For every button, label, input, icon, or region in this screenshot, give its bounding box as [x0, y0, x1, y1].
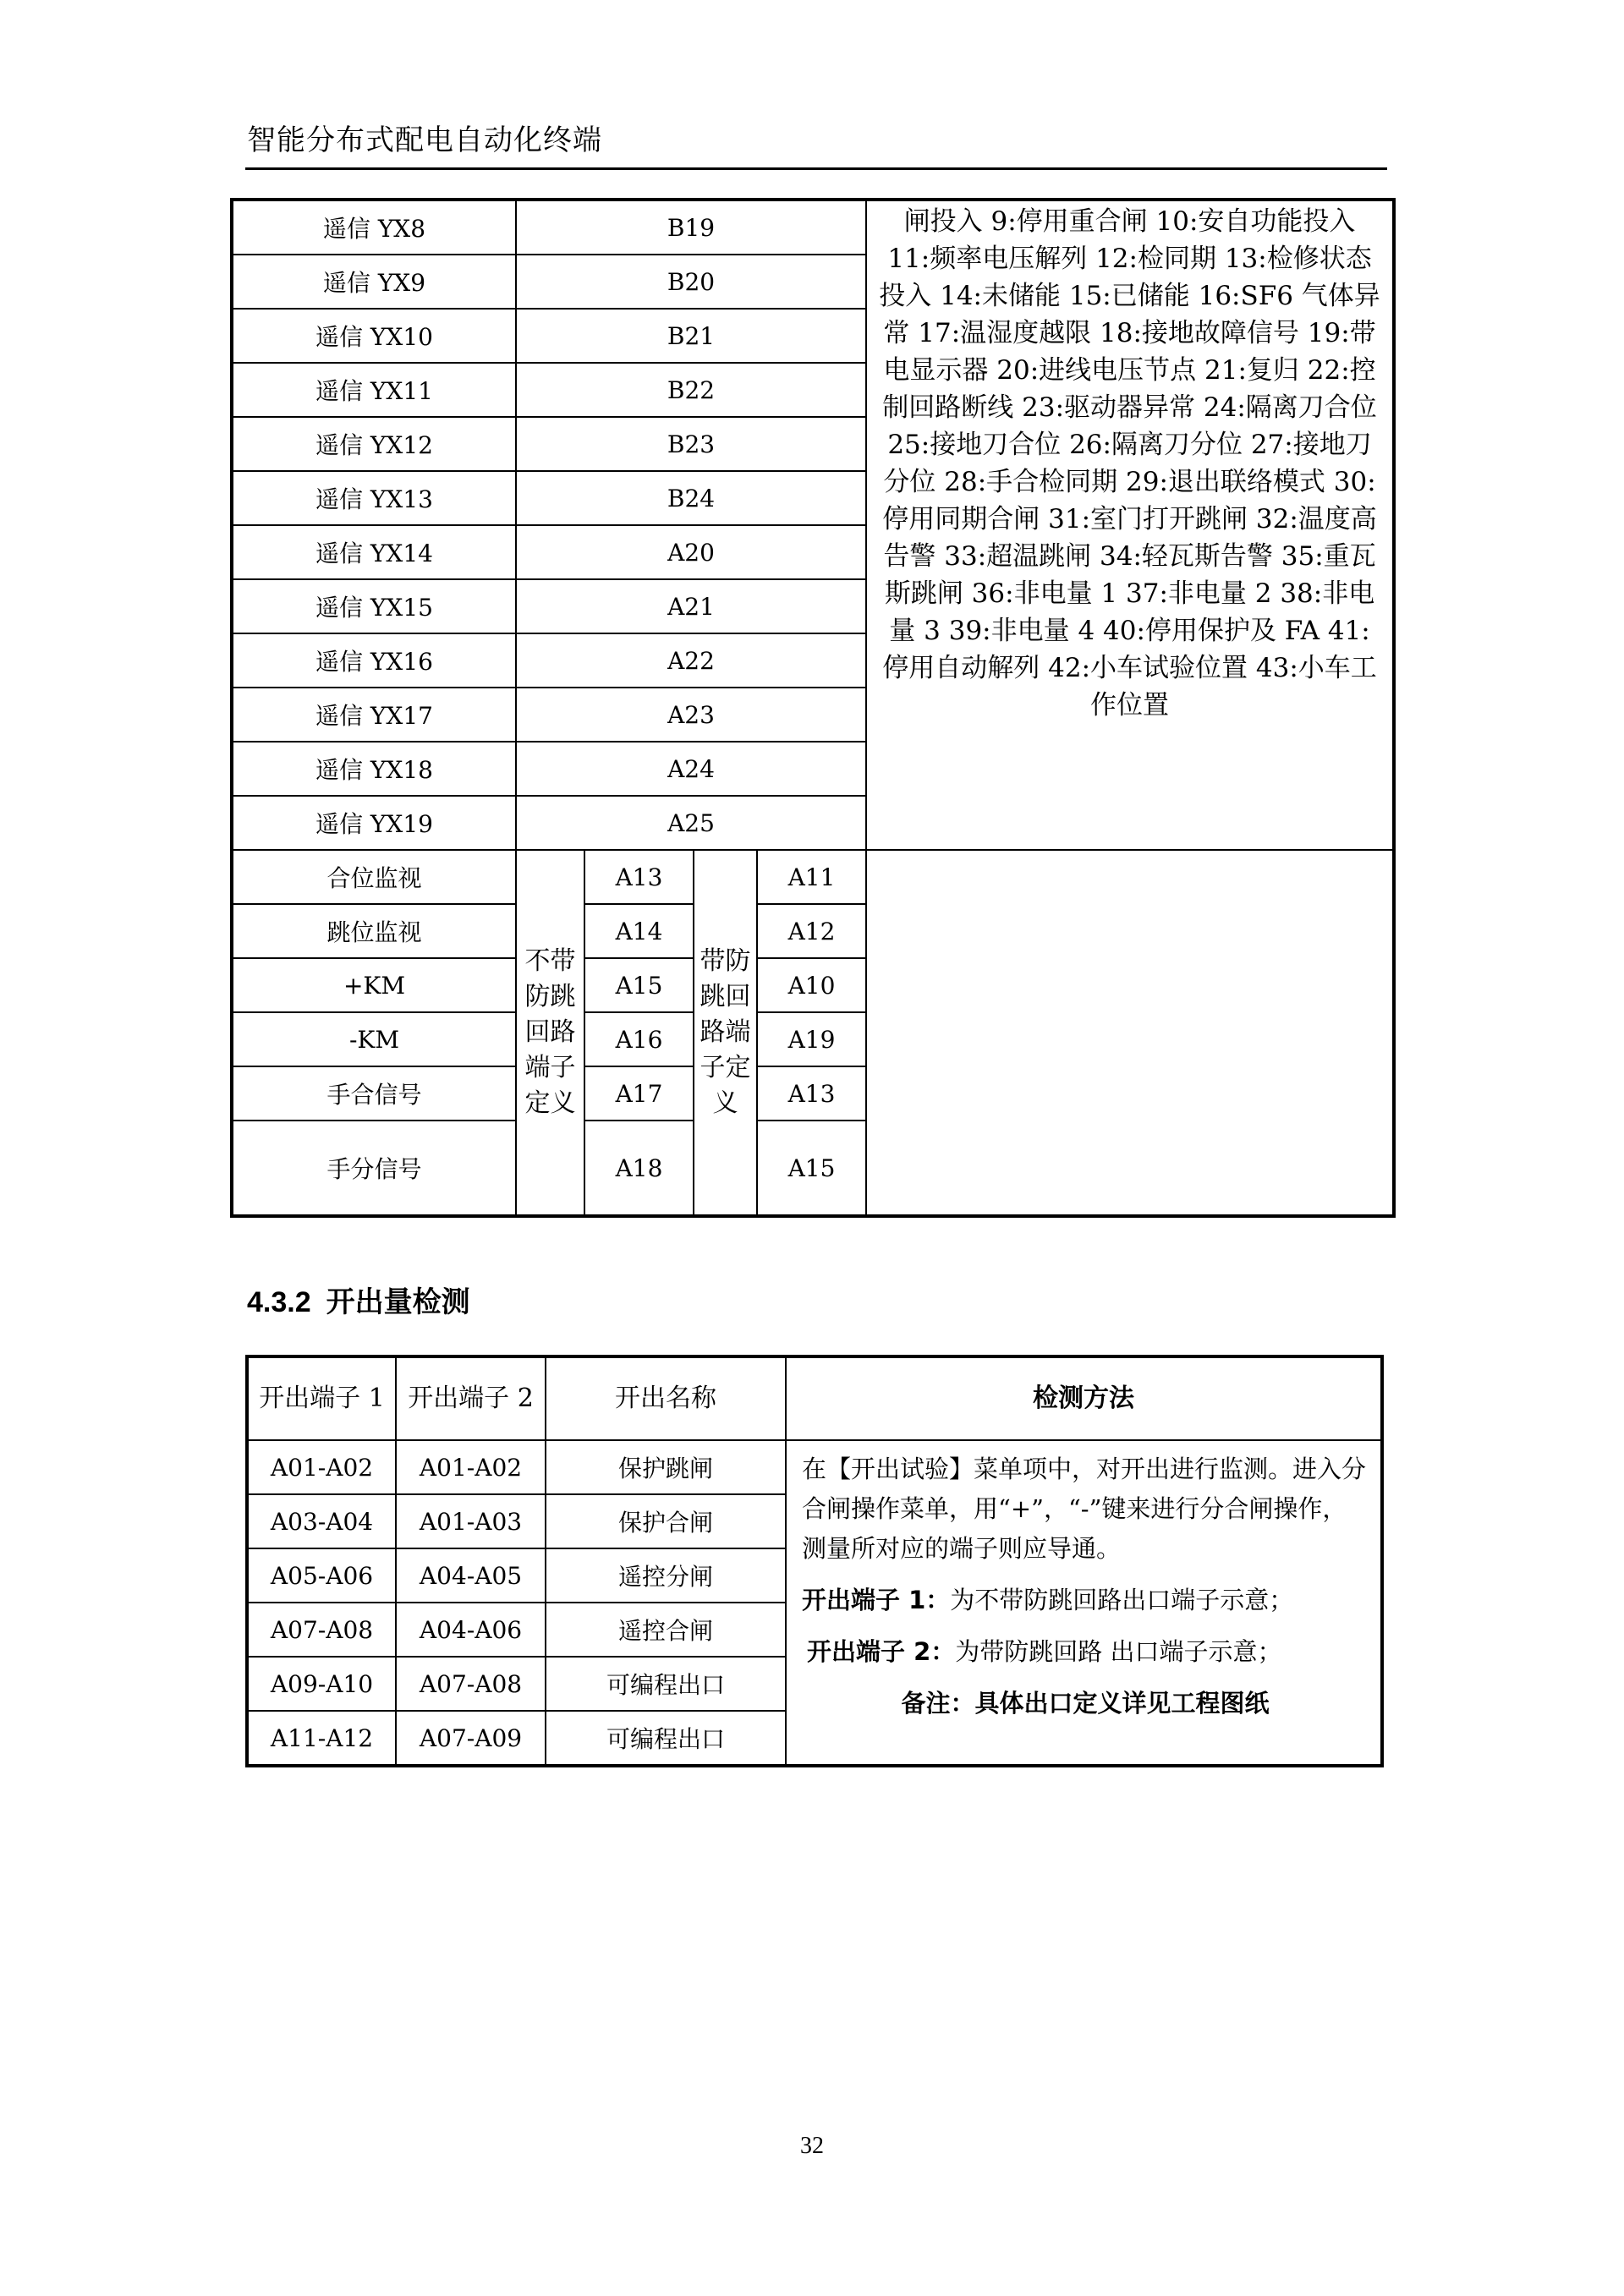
terminal-1-cell: A01-A02 [247, 1440, 396, 1494]
signal-name-cell: 遥信 YX14 [232, 525, 516, 579]
column-header-output-name: 开出名称 [546, 1356, 786, 1440]
remark-note: 备注：具体出口定义详见工程图纸 [802, 1684, 1369, 1723]
signal-name-cell: 遥信 YX13 [232, 471, 516, 525]
signal-name-cell: 遥信 YX19 [232, 796, 516, 850]
signal-name-cell: 遥信 YX8 [232, 200, 516, 255]
terminal-cell: B20 [516, 255, 866, 309]
antijump-terminal-cell: A10 [757, 958, 866, 1012]
antijump-terminal-cell: A13 [757, 1066, 866, 1121]
terminal-1-label: 开出端子 1： [802, 1586, 950, 1614]
signal-name-cell: 遥信 YX12 [232, 417, 516, 471]
page-number: 32 [0, 2133, 1624, 2160]
control-signal-name-cell: -KM [232, 1012, 516, 1066]
terminal-2-description: 开出端子 2：为带防跳回路 出口端子示意； [802, 1632, 1369, 1672]
terminal-2-cell: A07-A08 [396, 1657, 546, 1711]
running-header-title: 智能分布式配电自动化终端 [247, 117, 602, 158]
terminal-1-description: 开出端子 1：为不带防跳回路出口端子示意； [802, 1581, 1369, 1620]
control-signal-name-cell: +KM [232, 958, 516, 1012]
terminal-cell: B22 [516, 363, 866, 417]
control-signal-name-cell: 跳位监视 [232, 904, 516, 958]
terminal-cell: A22 [516, 633, 866, 688]
control-signal-name-cell: 手分信号 [232, 1121, 516, 1216]
terminal-1-cell: A05-A06 [247, 1548, 396, 1603]
section-number: 4.3.2 [247, 1286, 311, 1318]
terminal-cell: A21 [516, 579, 866, 633]
no-antijump-terminal-cell: A14 [584, 904, 694, 958]
no-antijump-terminal-cell: A17 [584, 1066, 694, 1121]
binary-output-test-table: 开出端子 1 开出端子 2 开出名称 检测方法 A01-A02 A01-A02 … [245, 1355, 1384, 1767]
signal-name-cell: 遥信 YX17 [232, 688, 516, 742]
control-signal-name-cell: 合位监视 [232, 850, 516, 904]
terminal-1-cell: A11-A12 [247, 1711, 396, 1766]
terminal-2-cell: A01-A03 [396, 1494, 546, 1548]
no-antijump-terminal-cell: A13 [584, 850, 694, 904]
antijump-terminal-cell: A12 [757, 904, 866, 958]
signal-name-cell: 遥信 YX18 [232, 742, 516, 796]
terminal-cell: A24 [516, 742, 866, 796]
terminal-cell: B24 [516, 471, 866, 525]
method-paragraph: 在【开出试验】菜单项中，对开出进行监测。进入分合闸操作菜单，用“+”，“-”键来… [802, 1449, 1369, 1569]
signal-name-cell: 遥信 YX10 [232, 309, 516, 363]
antijump-terminal-cell: A11 [757, 850, 866, 904]
test-method-cell: 在【开出试验】菜单项中，对开出进行监测。进入分合闸操作菜单，用“+”，“-”键来… [786, 1440, 1382, 1766]
signal-name-cell: 遥信 YX15 [232, 579, 516, 633]
table-header-row: 开出端子 1 开出端子 2 开出名称 检测方法 [247, 1356, 1382, 1440]
no-antijump-terminal-cell: A18 [584, 1121, 694, 1216]
terminal-2-cell: A01-A02 [396, 1440, 546, 1494]
terminal-1-cell: A09-A10 [247, 1657, 396, 1711]
output-name-cell: 遥控分闸 [546, 1548, 786, 1603]
terminal-2-cell: A04-A06 [396, 1603, 546, 1657]
terminal-cell: A20 [516, 525, 866, 579]
header-rule-divider [245, 167, 1387, 170]
terminal-cell: B23 [516, 417, 866, 471]
terminal-2-cell: A07-A09 [396, 1711, 546, 1766]
terminal-cell: B21 [516, 309, 866, 363]
signal-name-cell: 遥信 YX9 [232, 255, 516, 309]
no-antijump-group-label: 不带防跳回路端子定义 [516, 850, 584, 1216]
terminal-cell: B19 [516, 200, 866, 255]
empty-cell [866, 850, 1394, 1216]
output-name-cell: 遥控合闸 [546, 1603, 786, 1657]
terminal-1-cell: A03-A04 [247, 1494, 396, 1548]
terminal-2-cell: A04-A05 [396, 1548, 546, 1603]
terminal-cell: A23 [516, 688, 866, 742]
antijump-terminal-cell: A19 [757, 1012, 866, 1066]
signal-name-cell: 遥信 YX11 [232, 363, 516, 417]
signal-name-cell: 遥信 YX16 [232, 633, 516, 688]
table-row: A01-A02 A01-A02 保护跳闸 在【开出试验】菜单项中，对开出进行监测… [247, 1440, 1382, 1494]
table-row: 遥信 YX8 B19 闸投入 9:停用重合闸 10:安自功能投入 11:频率电压… [232, 200, 1394, 255]
control-signal-name-cell: 手合信号 [232, 1066, 516, 1121]
remote-signal-terminal-table: 遥信 YX8 B19 闸投入 9:停用重合闸 10:安自功能投入 11:频率电压… [230, 198, 1396, 1218]
output-name-cell: 可编程出口 [546, 1657, 786, 1711]
column-header-terminal-2: 开出端子 2 [396, 1356, 546, 1440]
signal-definition-note: 闸投入 9:停用重合闸 10:安自功能投入 11:频率电压解列 12:检同期 1… [866, 200, 1394, 850]
output-name-cell: 保护跳闸 [546, 1440, 786, 1494]
antijump-group-label: 带防跳回路端子定义 [694, 850, 757, 1216]
terminal-1-cell: A07-A08 [247, 1603, 396, 1657]
terminal-2-text: 为带防跳回路 出口端子示意； [955, 1637, 1281, 1666]
antijump-terminal-cell: A15 [757, 1121, 866, 1216]
terminal-1-text: 为不带防跳回路出口端子示意； [950, 1586, 1293, 1614]
output-name-cell: 可编程出口 [546, 1711, 786, 1766]
no-antijump-terminal-cell: A15 [584, 958, 694, 1012]
no-antijump-terminal-cell: A16 [584, 1012, 694, 1066]
section-heading: 4.3.2开出量检测 [247, 1279, 470, 1320]
terminal-cell: A25 [516, 796, 866, 850]
table-row: 合位监视 不带防跳回路端子定义 A13 带防跳回路端子定义 A11 [232, 850, 1394, 904]
section-title: 开出量检测 [326, 1285, 470, 1319]
terminal-2-label: 开出端子 2： [807, 1637, 955, 1666]
output-name-cell: 保护合闸 [546, 1494, 786, 1548]
column-header-test-method: 检测方法 [786, 1356, 1382, 1440]
column-header-terminal-1: 开出端子 1 [247, 1356, 396, 1440]
